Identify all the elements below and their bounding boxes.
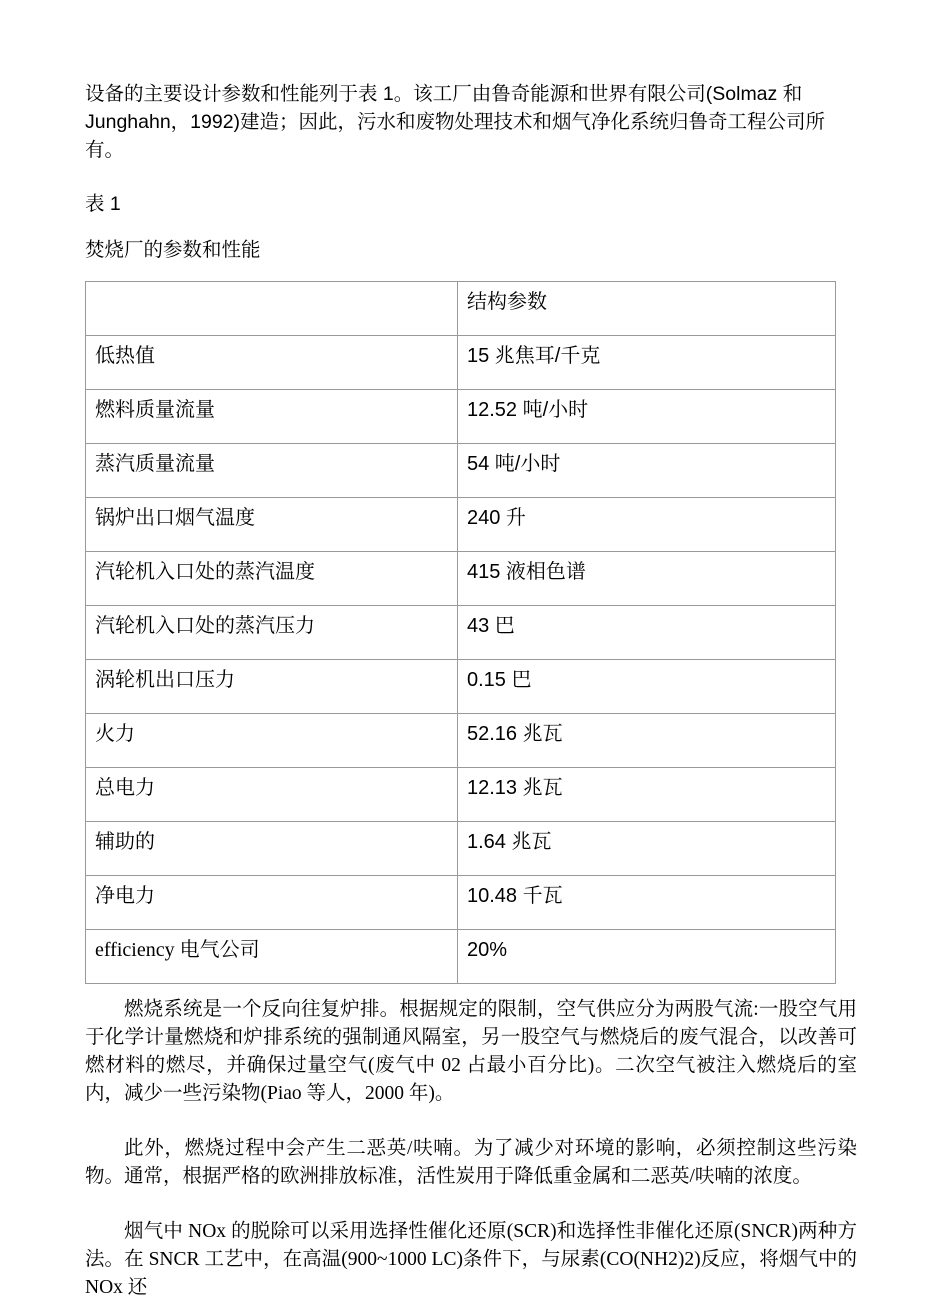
body-paragraph-nox-removal: 烟气中 NOx 的脱除可以采用选择性催化还原(SCR)和选择性非催化还原(SNC…: [85, 1218, 857, 1302]
table-row: 汽轮机入口处的蒸汽压力 43 巴: [86, 606, 836, 660]
value-cell: 12.13 兆瓦: [458, 768, 836, 822]
parameter-cell: 辅助的: [86, 822, 458, 876]
table-row: 火力 52.16 兆瓦: [86, 714, 836, 768]
table-row: 低热值 15 兆焦耳/千克: [86, 336, 836, 390]
table-row: 汽轮机入口处的蒸汽温度 415 液相色谱: [86, 552, 836, 606]
parameter-cell: efficiency 电气公司: [86, 930, 458, 984]
table-row: 净电力 10.48 千瓦: [86, 876, 836, 930]
value-cell: 10.48 千瓦: [458, 876, 836, 930]
table-row: 总电力 12.13 兆瓦: [86, 768, 836, 822]
parameter-cell: 汽轮机入口处的蒸汽温度: [86, 552, 458, 606]
value-cell: 240 升: [458, 498, 836, 552]
value-cell: 43 巴: [458, 606, 836, 660]
header-parameter-cell: [86, 282, 458, 336]
value-cell: 0.15 巴: [458, 660, 836, 714]
value-cell: 12.52 吨/小时: [458, 390, 836, 444]
parameters-table: 结构参数 低热值 15 兆焦耳/千克 燃料质量流量 12.52 吨/小时 蒸汽质…: [85, 281, 836, 984]
parameter-cell: 锅炉出口烟气温度: [86, 498, 458, 552]
table-row: 辅助的 1.64 兆瓦: [86, 822, 836, 876]
value-cell: 54 吨/小时: [458, 444, 836, 498]
parameter-cell: 总电力: [86, 768, 458, 822]
parameters-table-body: 结构参数 低热值 15 兆焦耳/千克 燃料质量流量 12.52 吨/小时 蒸汽质…: [86, 282, 836, 984]
value-cell: 52.16 兆瓦: [458, 714, 836, 768]
parameter-cell: 蒸汽质量流量: [86, 444, 458, 498]
body-paragraph-combustion-system: 燃烧系统是一个反向往复炉排。根据规定的限制，空气供应分为两股气流:一股空气用于化…: [85, 996, 857, 1108]
table-row: 涡轮机出口压力 0.15 巴: [86, 660, 836, 714]
value-cell: 415 液相色谱: [458, 552, 836, 606]
intro-paragraph: 设备的主要设计参数和性能列于表 1。该工厂由鲁奇能源和世界有限公司(Solmaz…: [85, 80, 857, 164]
body-paragraph-dioxins-furans: 此外，燃烧过程中会产生二恶英/呋喃。为了减少对环境的影响，必须控制这些污染物。通…: [85, 1135, 857, 1191]
document-content: 设备的主要设计参数和性能列于表 1。该工厂由鲁奇能源和世界有限公司(Solmaz…: [85, 0, 857, 1302]
parameter-cell: 涡轮机出口压力: [86, 660, 458, 714]
table-row: efficiency 电气公司 20%: [86, 930, 836, 984]
table-header-row: 结构参数: [86, 282, 836, 336]
parameter-cell: 燃料质量流量: [86, 390, 458, 444]
value-cell: 20%: [458, 930, 836, 984]
parameter-cell: 净电力: [86, 876, 458, 930]
table-label: 表 1: [85, 190, 857, 218]
document-page: 设备的主要设计参数和性能列于表 1。该工厂由鲁奇能源和世界有限公司(Solmaz…: [0, 0, 926, 1309]
table-row: 蒸汽质量流量 54 吨/小时: [86, 444, 836, 498]
parameter-cell: 低热值: [86, 336, 458, 390]
parameter-cell: 汽轮机入口处的蒸汽压力: [86, 606, 458, 660]
value-cell: 1.64 兆瓦: [458, 822, 836, 876]
header-value-cell: 结构参数: [458, 282, 836, 336]
value-cell: 15 兆焦耳/千克: [458, 336, 836, 390]
table-row: 锅炉出口烟气温度 240 升: [86, 498, 836, 552]
parameter-cell: 火力: [86, 714, 458, 768]
table-row: 燃料质量流量 12.52 吨/小时: [86, 390, 836, 444]
table-caption: 焚烧厂的参数和性能: [85, 237, 857, 265]
